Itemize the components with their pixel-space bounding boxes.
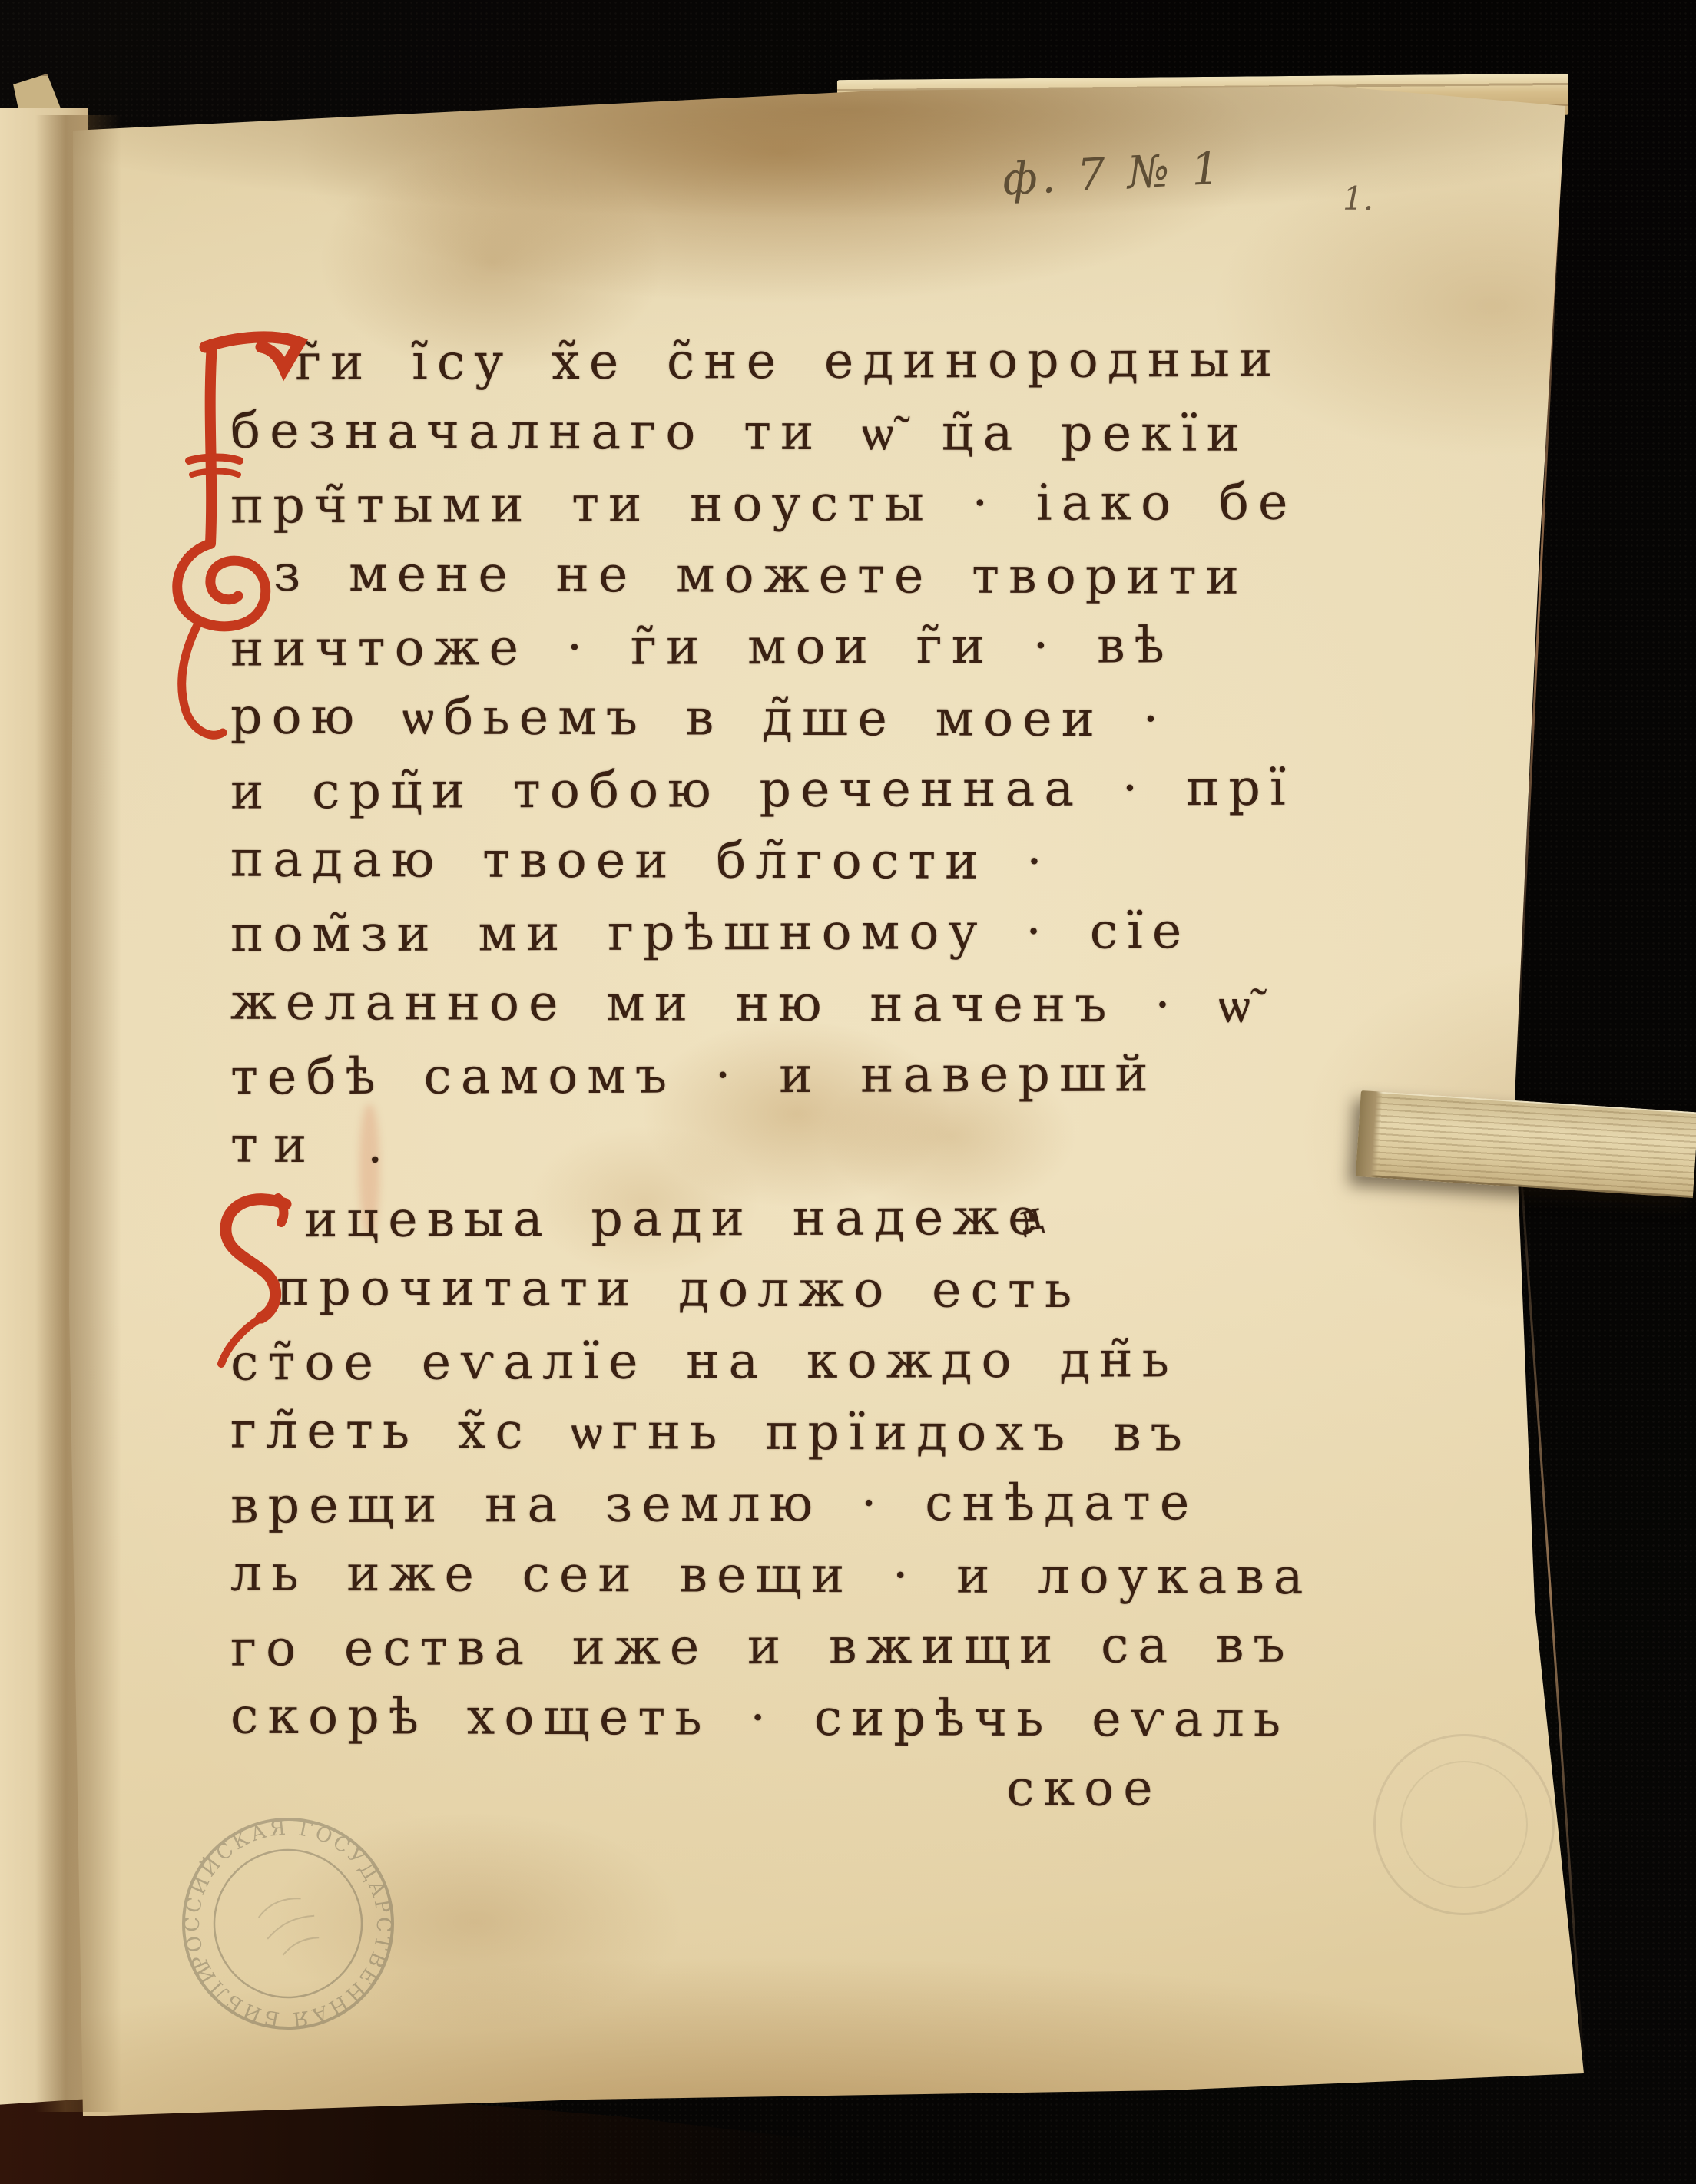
text-line: ти . (230, 1110, 1367, 1185)
text-line: з мене не можете творити (230, 538, 1367, 614)
text-line: врещи на землю · снѣдате (230, 1466, 1367, 1541)
text-line: ицевыа ради надеже (230, 1180, 1367, 1256)
text-line: скорѣ хощеть · сирѣчь еѵаль (230, 1681, 1367, 1756)
text-line: и срц̃и тобою реченнаа · прї (230, 752, 1367, 827)
red-initial-g-glyph (163, 321, 316, 766)
text-line: гл̃еть х̃с ѡгнь прїидохъ въ (230, 1395, 1367, 1471)
text-line: безначалнаго ти ѡ̃ ц̃а рекїи (230, 395, 1367, 471)
text-line: ст̃ое еѵалїе на кождо дн̃ь (230, 1323, 1367, 1398)
red-initial-s: С (194, 1187, 301, 1375)
red-initial-s-glyph (194, 1187, 301, 1372)
text-line: г̃и і̃су х̃е с̃не единородныи (230, 323, 1367, 399)
archive-mark: ф. 7 № 1 (1001, 142, 1224, 206)
wooden-bookmark-end (1356, 1090, 1383, 1178)
gutter-shadow (35, 115, 121, 2112)
text-line: ское (230, 1752, 1367, 1827)
folio-number: 1. (1343, 180, 1373, 217)
library-stamp-center-marks (254, 1890, 324, 1960)
manuscript-photograph: ф. 7 № 1 1. Г С (0, 0, 1696, 2184)
text-line: ль иже сеи вещи · и лоукава (230, 1538, 1367, 1613)
text-line: тебѣ самомъ · и навершй (230, 1037, 1367, 1113)
text-line: ничтоже · г̃и мои г̃и · вѣ (230, 609, 1367, 684)
text-line: падаю твоеи бл̃гости · (230, 824, 1367, 899)
text-line: желанное ми ню наченъ · ѡ̃ (230, 967, 1367, 1042)
text-line: прочитати должо есть (230, 1252, 1367, 1328)
text-line: рою ѡбьемъ в д̃ше моеи · (230, 681, 1367, 756)
manuscript-page: ф. 7 № 1 1. Г С (0, 0, 1696, 2184)
faded-stamp-ghost (1373, 1734, 1555, 1915)
text-line: пом̃зи ми грѣшномоу · сїе (230, 895, 1367, 970)
text-line: го ества иже и вжищи са въ (230, 1609, 1367, 1684)
text-line: прч̃тыми ти ноусты · іако бе (230, 466, 1367, 541)
manuscript-text-block: г̃и і̃су х̃е с̃не единородныи безначална… (230, 326, 1367, 1825)
red-initial-g: Г (163, 321, 316, 769)
